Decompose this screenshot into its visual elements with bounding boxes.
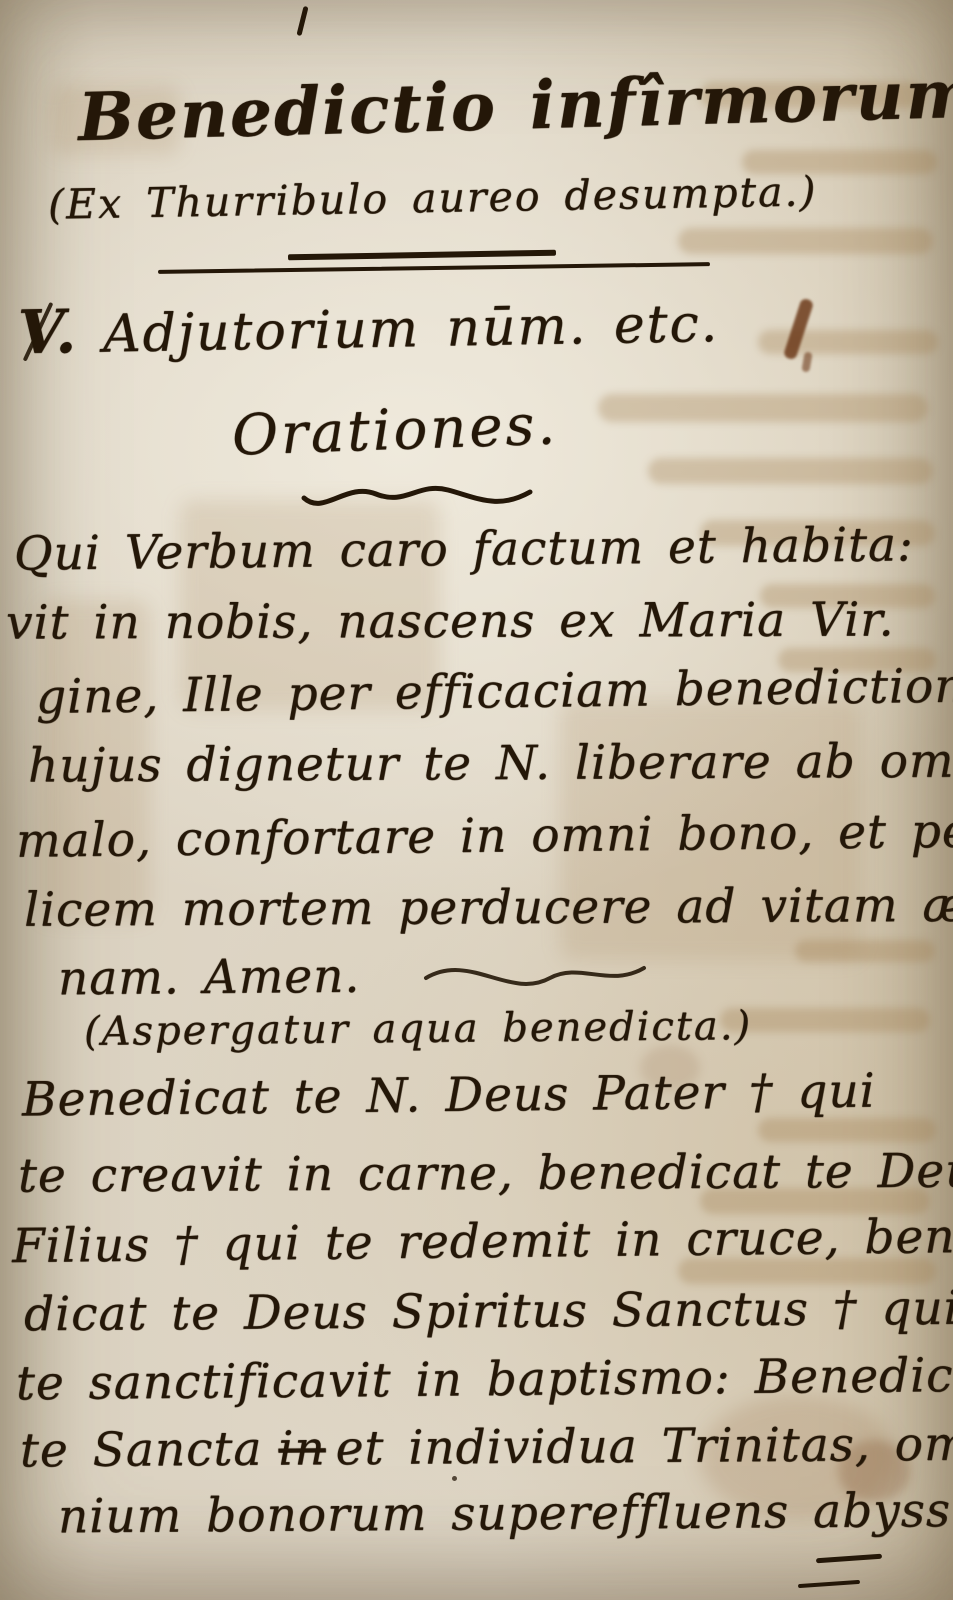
showthrough-smudge	[758, 1118, 936, 1142]
prayer-line: nam. Amen.	[58, 949, 361, 1007]
section-heading: Orationes.	[231, 392, 559, 468]
prayer-line: malo, confortare in omni bono, et per fe…	[16, 802, 953, 868]
blessing-line: Benedicat te N. Deus Pater † qui	[22, 1064, 876, 1128]
versicle-sign: V.	[17, 297, 77, 368]
heading-flourish	[298, 476, 538, 520]
corrected-line-post: et individua Trinitas, om:	[335, 1417, 953, 1477]
prayer-line: vit in nobis, nascens ex Maria Vir.	[6, 592, 895, 650]
blessing-line: Filius † qui te redemit in cruce, bene	[12, 1209, 953, 1274]
blessing-line: te creavit in carne, benedicat te Deus	[18, 1143, 953, 1203]
amen-flourish	[420, 948, 650, 1008]
showthrough-smudge	[678, 228, 933, 254]
continuation-mark-top	[816, 1554, 882, 1564]
stray-ink-dot	[452, 1476, 457, 1481]
manuscript-page: Benedictio infîrmorum. (Ex Thurribulo au…	[0, 0, 953, 1600]
blessing-line: dicat te Deus Spiritus Sanctus † qui	[24, 1281, 953, 1343]
page-title: Benedictio infîrmorum.	[77, 54, 953, 156]
showthrough-smudge	[648, 458, 933, 484]
title-underline-top	[288, 250, 556, 261]
prayer-line: gine, Ille per efficaciam benedictionis	[36, 658, 953, 725]
blessing-line: te sanctificavit in baptismo: Benedicat	[16, 1348, 953, 1412]
rubric-line: (Aspergatur aqua benedicta.)	[84, 1003, 752, 1055]
blessing-line-corrected: te Sanctainet individua Trinitas, om:	[20, 1417, 953, 1479]
ink-stain	[801, 351, 812, 372]
struck-word: in	[278, 1421, 326, 1476]
page-subtitle: (Ex Thurribulo aureo desumpta.)	[48, 167, 818, 228]
title-underline-bottom	[158, 262, 710, 274]
versicle-line: V. Adjutorium nūm. etc.	[17, 286, 719, 368]
versicle-text: Adjutorium nūm. etc.	[103, 294, 720, 365]
blessing-line: nium bonorum supereffluens abyssus,	[58, 1483, 953, 1545]
stray-ink-tick	[296, 6, 308, 36]
continuation-mark-bottom	[798, 1580, 860, 1588]
prayer-line: Qui Verbum caro factum et habita:	[14, 517, 914, 581]
prayer-line: hujus dignetur te N. liberare ab omni	[28, 733, 953, 793]
prayer-line: licem mortem perducere ad vitam æter=	[24, 877, 953, 938]
showthrough-smudge	[598, 394, 928, 422]
corrected-line-pre: te Sancta	[20, 1422, 263, 1479]
